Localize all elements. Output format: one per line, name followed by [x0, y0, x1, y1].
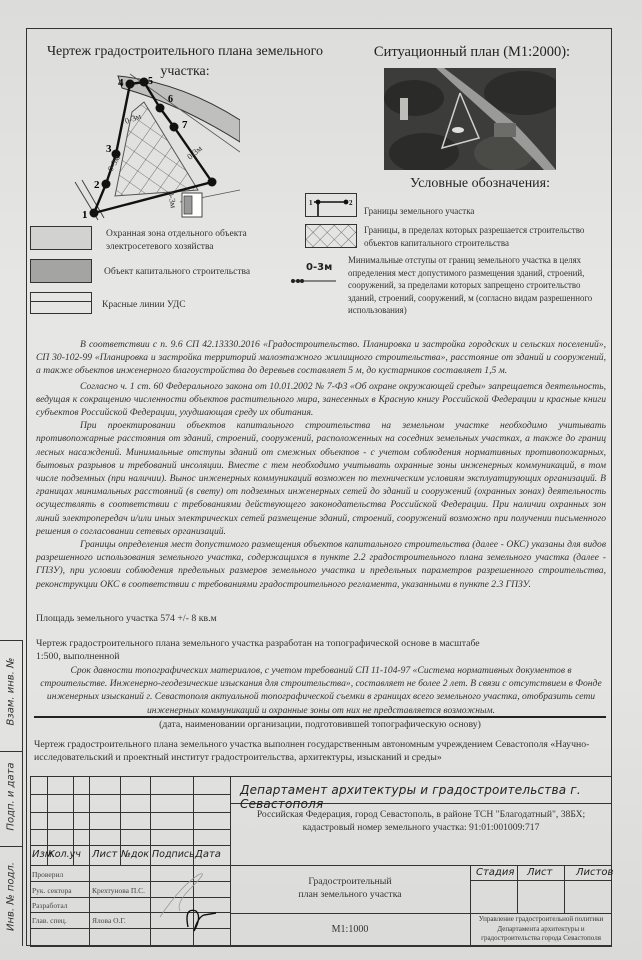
col-header-ndok: №док	[121, 849, 149, 860]
dark-gray-fill-icon	[30, 259, 92, 283]
paragraph-design: При проектировании объектов капитального…	[36, 419, 606, 538]
legend-title: Условные обозначения:	[380, 176, 580, 192]
svg-text:4: 4	[118, 77, 124, 89]
drawing-scale: М1:1000	[230, 924, 470, 935]
svg-text:6: 6	[168, 94, 173, 105]
plot-area: Площадь земельного участка 574 +/- 8 кв.…	[36, 612, 217, 625]
role-developed: Разработал	[32, 901, 68, 910]
col-header-data: Дата	[195, 849, 221, 860]
role-chief-spec: Глав. спец.	[32, 916, 67, 925]
setback-marker-label: 0-3м	[306, 262, 332, 273]
svg-text:3: 3	[106, 143, 112, 155]
svg-text:1: 1	[309, 199, 313, 207]
col-header-podpis: Подпись	[152, 849, 195, 860]
side-stamp: Взам. инв. № Подп. и дата Инв. № подл.	[0, 640, 23, 946]
side-label-inv-orig: Инв. № подл.	[6, 852, 17, 942]
paragraph-boundaries: Границы определения мест допустимого раз…	[36, 538, 606, 591]
boundary-line-icon: 1 2	[305, 193, 357, 217]
svg-text:7: 7	[182, 119, 188, 131]
department-name: Департамент архитектуры и градостроитель…	[240, 783, 612, 811]
role-checked: Проверил	[32, 870, 63, 879]
topo-caption: (дата, наименовании организации, подгото…	[34, 718, 606, 731]
stage-header: Стадия	[476, 867, 514, 878]
signature-mark	[150, 867, 230, 939]
svg-text:0-3м: 0-3м	[166, 191, 179, 210]
topo-basis: Чертеж градостроительного плана земельно…	[36, 637, 506, 663]
topo-note: Срок давности топографических материалов…	[36, 664, 606, 717]
crosshatch-icon	[305, 224, 357, 248]
light-gray-fill-icon	[30, 226, 92, 250]
point-label: 1	[82, 209, 88, 221]
situation-plan-image	[384, 68, 556, 170]
document-page: Взам. инв. № Подп. и дата Инв. № подл. Ч…	[0, 0, 642, 960]
sheet-header: Лист	[527, 867, 552, 878]
paragraph-red-book: Согласно ч. 1 ст. 60 Федерального закона…	[36, 380, 606, 420]
title-block: Изм. Кол.уч Лист №док Подпись Дата Прове…	[30, 776, 612, 947]
paragraph-distances: В соответствии с п. 9.6 СП 42.13330.2016…	[36, 338, 606, 378]
cadastral-number: кадастровый номер земельного участка: 91…	[230, 822, 612, 833]
col-header-list: Лист	[92, 849, 117, 860]
name-sector-head: Крехтунова П.С.	[92, 886, 145, 895]
side-label-replace-inv: Взам. инв. №	[6, 647, 17, 737]
situation-plan-title: Ситуационный план (М1:2000):	[372, 44, 572, 61]
regulations-text: В соответствии с п. 9.6 СП 42.13330.2016…	[36, 338, 606, 591]
plot-drawing: 1 2 3 4 5 6 7 0-3м 0-3м 0-3м 0-3м	[70, 72, 240, 222]
svg-text:5: 5	[148, 76, 153, 87]
svg-text:2: 2	[349, 199, 353, 207]
executor-text: Чертеж градостроительного плана земельно…	[34, 738, 594, 764]
issuing-organization: Управление градостроительной политики Де…	[470, 915, 612, 944]
name-chief-spec: Ялова О.Г.	[92, 916, 126, 925]
site-address: Российская Федерация, город Севастополь,…	[230, 809, 612, 820]
role-sector-head: Рук. сектора	[32, 886, 72, 895]
svg-text:2: 2	[94, 179, 100, 191]
document-name: Градостроительный план земельного участк…	[230, 875, 470, 901]
red-line-box-icon	[30, 292, 92, 314]
col-header-koluch: Кол.уч	[48, 849, 81, 860]
side-label-sign-date: Подп. и дата	[6, 752, 17, 842]
setback-arrow-icon	[288, 276, 338, 286]
sheets-header: Листов	[576, 867, 613, 878]
